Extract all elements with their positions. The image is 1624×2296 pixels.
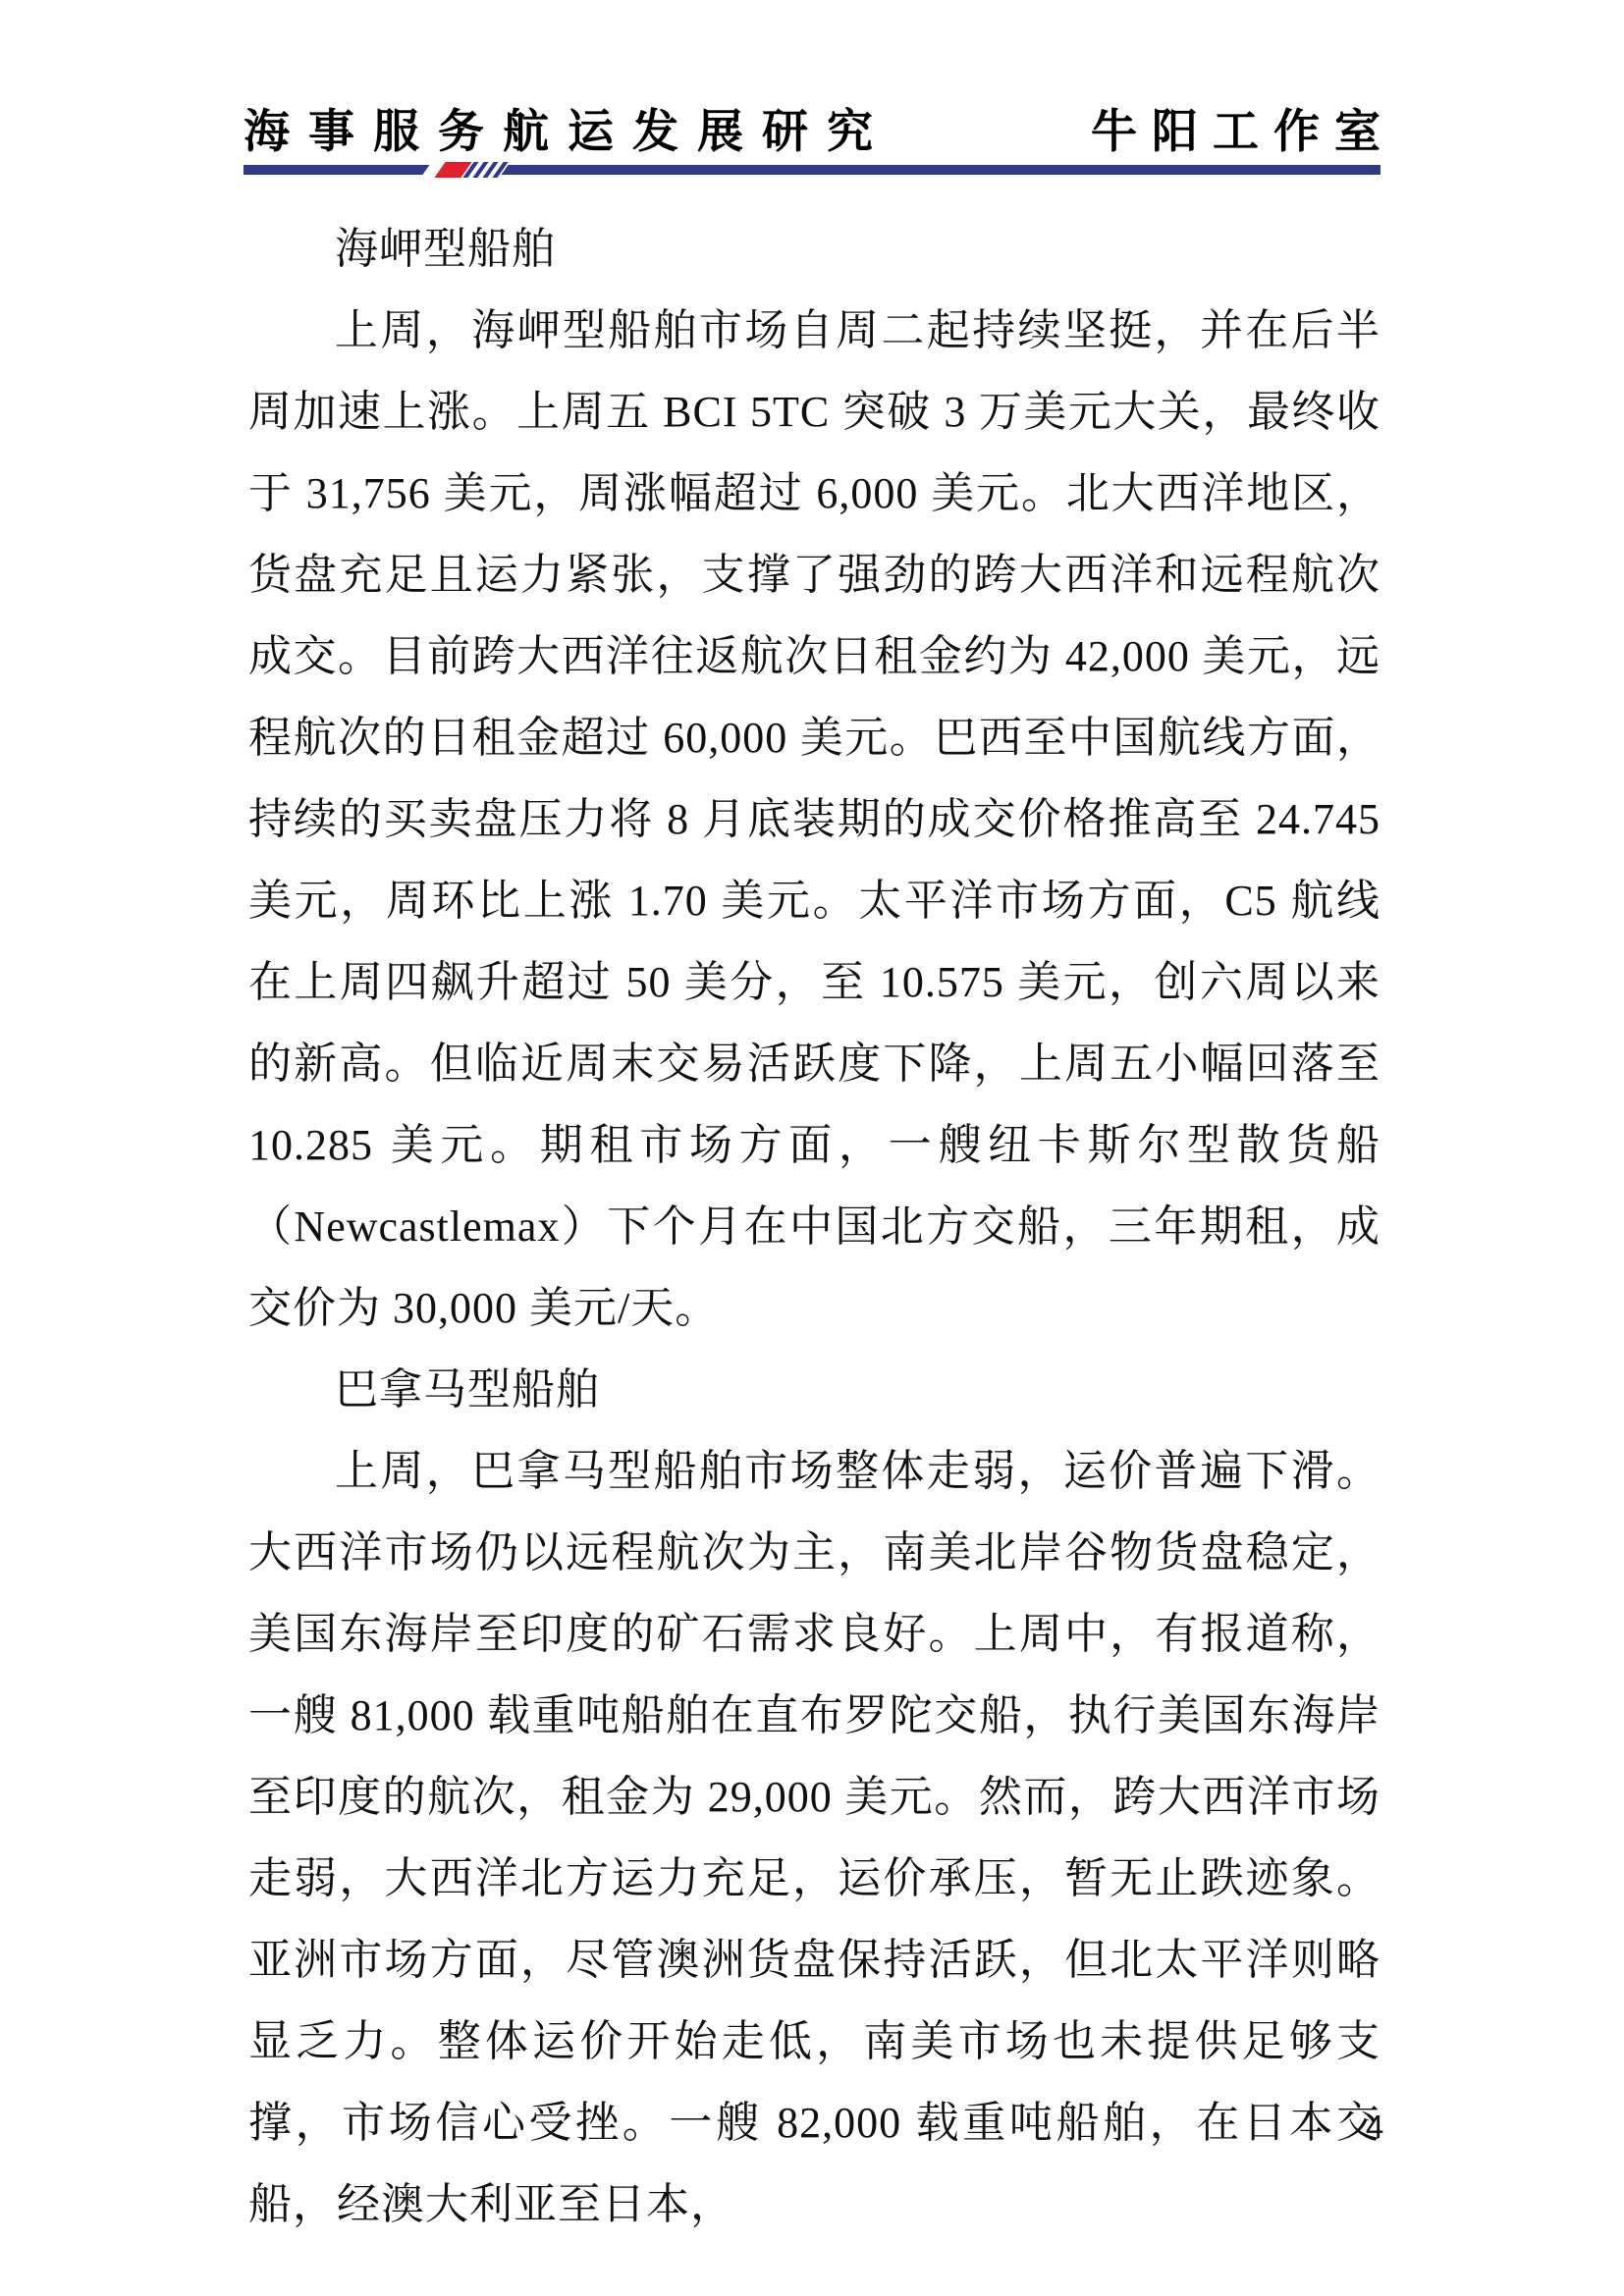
header-title-row: 海事服务航运发展研究 牛阳工作室 (244, 0, 1380, 154)
header-left-title: 海事服务航运发展研究 (244, 108, 892, 154)
document-page: 海事服务航运发展研究 牛阳工作室 海岬型船舶 上周，海岬型船舶市场自周二起持续坚… (0, 0, 1624, 2296)
section-heading-capesize: 海岬型船舶 (248, 208, 1380, 290)
paragraph-panamax: 上周，巴拿马型船舶市场整体走弱，运价普遍下滑。大西洋市场仍以远程航次为主，南美北… (248, 1430, 1380, 2245)
paragraph-capesize: 上周，海岬型船舶市场自周二起持续坚挺，并在后半周加速上涨。上周五 BCI 5TC… (248, 290, 1380, 1349)
rule-decoration-diagonal-stripes (468, 162, 508, 178)
section-heading-panamax: 巴拿马型船舶 (248, 1349, 1380, 1430)
header-right-title: 牛阳工作室 (1091, 108, 1395, 154)
page-header: 海事服务航运发展研究 牛阳工作室 (244, 0, 1380, 154)
page-number: 4 (1355, 2109, 1394, 2146)
document-body: 海岬型船舶 上周，海岬型船舶市场自周二起持续坚挺，并在后半周加速上涨。上周五 B… (248, 208, 1380, 2245)
header-rule (244, 165, 1380, 175)
